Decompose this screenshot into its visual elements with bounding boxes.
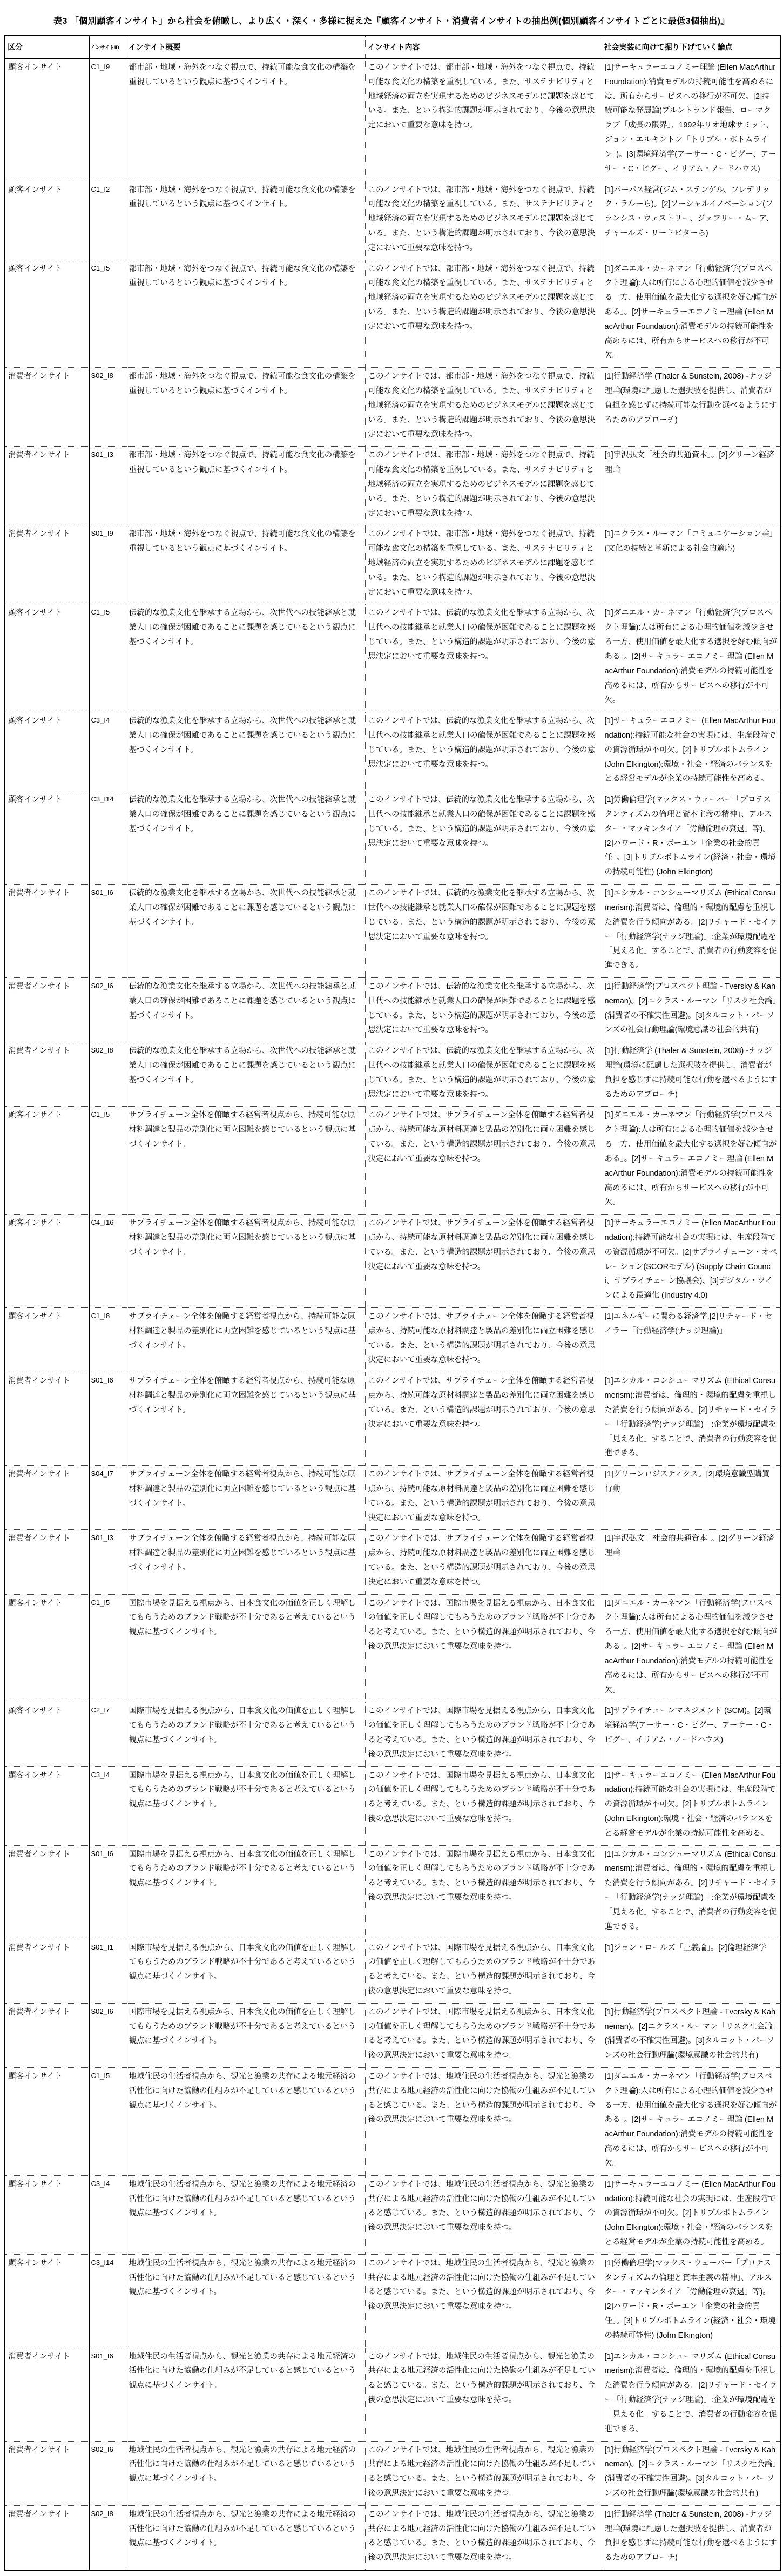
cell-points: [1]行動経済学(プロスペクト理論 - Tversky & Kahneman)。… [602,2441,780,2505]
cell-content: このインサイトでは、都市部・地域・海外をつなぐ視点で、持続可能な食文化の構築を重… [365,58,602,181]
cell-category: 消費者インサイト [5,368,89,447]
cell-points: [1]サーキュラーエコノミー理論 (Ellen MacArthur Founda… [602,58,780,181]
cell-content: このインサイトでは、サプライチェーン全体を俯瞰する経営者視点から、持続可能な原材… [365,1215,602,1308]
cell-summary: 伝統的な漁業文化を継承する立場から、次世代への技能継承と就業人口の確保が困難であ… [126,604,365,712]
cell-points: [1]エシカル・コンシューマリズム (Ethical Consumerism):… [602,2348,780,2441]
cell-category: 顧客インサイト [5,2068,89,2176]
cell-content: このインサイトでは、伝統的な漁業文化を継承する立場から、次世代への技能継承と就業… [365,712,602,791]
cell-points: [1]ジョン・ロールズ「正義論」。[2]倫理経済学 [602,1939,780,2003]
table-row: 顧客インサイトC2_I7国際市場を見据える視点から、日本食文化の価値を正しく理解… [5,1702,780,1766]
cell-insight-id: C3_I4 [89,1766,126,1845]
cell-summary: 国際市場を見据える視点から、日本食文化の価値を正しく理解してもらうためのブランド… [126,1939,365,2003]
cell-category: 顧客インサイト [5,1107,89,1215]
cell-points: [1]行動経済学 (Thaler & Sunstein, 2008) ‐ナッジ理… [602,2505,780,2570]
table-row: 顧客インサイトC3_I4伝統的な漁業文化を継承する立場から、次世代への技能継承と… [5,712,780,791]
table-row: 顧客インサイトC1_I2都市部・地域・海外をつなぐ視点で、持続可能な食文化の構築… [5,181,780,260]
cell-points: [1]エシカル・コンシューマリズム (Ethical Consumerism):… [602,885,780,978]
cell-summary: 地域住民の生活者視点から、観光と漁業の共存による地元経済の活性化に向けた協働の仕… [126,2441,365,2505]
cell-summary: 伝統的な漁業文化を継承する立場から、次世代への技能継承と就業人口の確保が困難であ… [126,791,365,885]
header-row: 区分 インサイトID インサイト概要 インサイト内容 社会実装に向けて掘り下げて… [5,36,780,58]
cell-category: 顧客インサイト [5,604,89,712]
table-row: 顧客インサイトC1_I5国際市場を見据える視点から、日本食文化の価値を正しく理解… [5,1594,780,1702]
cell-insight-id: S01_I1 [89,1939,126,2003]
cell-category: 消費者インサイト [5,525,89,604]
cell-points: [1]行動経済学 (Thaler & Sunstein, 2008) ‐ナッジ理… [602,1042,780,1107]
cell-insight-id: S02_I6 [89,2003,126,2067]
cell-category: 消費者インサイト [5,1372,89,1466]
cell-points: [1]ニクラス・ルーマン「コミュニケーション論」(文化の持続と革新による社会的適… [602,525,780,604]
cell-category: 顧客インサイト [5,791,89,885]
cell-content: このインサイトでは、国際市場を見据える視点から、日本食文化の価値を正しく理解して… [365,2003,602,2067]
cell-category: 消費者インサイト [5,1530,89,1594]
table-row: 顧客インサイトC4_I16サプライチェーン全体を俯瞰する経営者視点から、持続可能… [5,1215,780,1308]
table-row: 消費者インサイトS01_I1国際市場を見据える視点から、日本食文化の価値を正しく… [5,1939,780,2003]
cell-category: 消費者インサイト [5,447,89,525]
cell-content: このインサイトでは、サプライチェーン全体を俯瞰する経営者視点から、持続可能な原材… [365,1107,602,1215]
cell-points: [1]エネルギーに関わる経済学,[2]リチャード・セイラー「行動経済学(ナッジ理… [602,1308,780,1372]
cell-category: 顧客インサイト [5,712,89,791]
cell-content: このインサイトでは、地域住民の生活者視点から、観光と漁業の共存による地元経済の活… [365,2441,602,2505]
table-row: 消費者インサイトS01_I6伝統的な漁業文化を継承する立場から、次世代への技能継… [5,885,780,978]
cell-insight-id: S02_I6 [89,977,126,1042]
cell-category: 顧客インサイト [5,1702,89,1766]
cell-points: [1]パーパス経営(ジム・ステンゲル、フレデリック・ラルーら)。[2]ソーシャル… [602,181,780,260]
cell-insight-id: C4_I16 [89,1215,126,1308]
column-header-summary: インサイト概要 [126,36,365,58]
table-row: 顧客インサイトC3_I4国際市場を見据える視点から、日本食文化の価値を正しく理解… [5,1766,780,1845]
table-row: 消費者インサイトS02_I6地域住民の生活者視点から、観光と漁業の共存による地元… [5,2441,780,2505]
cell-category: 消費者インサイト [5,885,89,978]
cell-points: [1]サプライチェーンマネジメント (SCM)。[2]環境経済学(アーサー・C・… [602,1702,780,1766]
cell-summary: サプライチェーン全体を俯瞰する経営者視点から、持続可能な原材料調達と製品の差別化… [126,1372,365,1466]
cell-content: このインサイトでは、地域住民の生活者視点から、観光と漁業の共存による地元経済の活… [365,2068,602,2176]
column-header-points: 社会実装に向けて掘り下げていく論点 [602,36,780,58]
cell-summary: サプライチェーン全体を俯瞰する経営者視点から、持続可能な原材料調達と製品の差別化… [126,1530,365,1594]
cell-category: 顧客インサイト [5,2175,89,2254]
cell-insight-id: S01_I9 [89,525,126,604]
cell-content: このインサイトでは、都市部・地域・海外をつなぐ視点で、持続可能な食文化の構築を重… [365,447,602,525]
cell-summary: サプライチェーン全体を俯瞰する経営者視点から、持続可能な原材料調達と製品の差別化… [126,1466,365,1530]
cell-insight-id: C3_I4 [89,2175,126,2254]
cell-points: [1]サーキュラーエコノミー (Ellen MacArthur Foundati… [602,712,780,791]
cell-insight-id: C1_I5 [89,604,126,712]
insight-table: 区分 インサイトID インサイト概要 インサイト内容 社会実装に向けて掘り下げて… [4,35,781,2571]
cell-category: 顧客インサイト [5,1308,89,1372]
column-header-category: 区分 [5,36,89,58]
table-row: 顧客インサイトC1_I8サプライチェーン全体を俯瞰する経営者視点から、持続可能な… [5,1308,780,1372]
cell-insight-id: S04_I7 [89,1466,126,1530]
cell-content: このインサイトでは、国際市場を見据える視点から、日本食文化の価値を正しく理解して… [365,1845,602,1939]
table-row: 顧客インサイトC3_I4地域住民の生活者視点から、観光と漁業の共存による地元経済… [5,2175,780,2254]
cell-points: [1]サーキュラーエコノミー (Ellen MacArthur Foundati… [602,1766,780,1845]
cell-points: [1]グリーンロジスティクス。[2]環境意識型購買行動 [602,1466,780,1530]
cell-category: 消費者インサイト [5,2348,89,2441]
cell-insight-id: C1_I8 [89,1308,126,1372]
cell-content: このインサイトでは、国際市場を見据える視点から、日本食文化の価値を正しく理解して… [365,1766,602,1845]
cell-insight-id: C3_I14 [89,2254,126,2348]
cell-summary: サプライチェーン全体を俯瞰する経営者視点から、持続可能な原材料調達と製品の差別化… [126,1107,365,1215]
cell-insight-id: C1_I5 [89,1594,126,1702]
cell-content: このインサイトでは、伝統的な漁業文化を継承する立場から、次世代への技能継承と就業… [365,885,602,978]
cell-summary: 都市部・地域・海外をつなぐ視点で、持続可能な食文化の構築を重視しているという観点… [126,368,365,447]
table-row: 消費者インサイトS01_I3サプライチェーン全体を俯瞰する経営者視点から、持続可… [5,1530,780,1594]
table-row: 消費者インサイトS01_I9都市部・地域・海外をつなぐ視点で、持続可能な食文化の… [5,525,780,604]
cell-category: 顧客インサイト [5,1766,89,1845]
table-row: 消費者インサイトS02_I8地域住民の生活者視点から、観光と漁業の共存による地元… [5,2505,780,2570]
cell-summary: 国際市場を見据える視点から、日本食文化の価値を正しく理解してもらうためのブランド… [126,1702,365,1766]
cell-summary: 伝統的な漁業文化を継承する立場から、次世代への技能継承と就業人口の確保が困難であ… [126,885,365,978]
table-row: 消費者インサイトS01_I6地域住民の生活者視点から、観光と漁業の共存による地元… [5,2348,780,2441]
cell-insight-id: S01_I3 [89,1530,126,1594]
cell-summary: 伝統的な漁業文化を継承する立場から、次世代への技能継承と就業人口の確保が困難であ… [126,977,365,1042]
cell-content: このインサイトでは、伝統的な漁業文化を継承する立場から、次世代への技能継承と就業… [365,791,602,885]
table-row: 顧客インサイトC3_I14伝統的な漁業文化を継承する立場から、次世代への技能継承… [5,791,780,885]
cell-content: このインサイトでは、地域住民の生活者視点から、観光と漁業の共存による地元経済の活… [365,2254,602,2348]
table-row: 消費者インサイトS02_I8伝統的な漁業文化を継承する立場から、次世代への技能継… [5,1042,780,1107]
cell-content: このインサイトでは、サプライチェーン全体を俯瞰する経営者視点から、持続可能な原材… [365,1466,602,1530]
cell-insight-id: S01_I6 [89,2348,126,2441]
cell-category: 消費者インサイト [5,1845,89,1939]
cell-content: このインサイトでは、サプライチェーン全体を俯瞰する経営者視点から、持続可能な原材… [365,1372,602,1466]
cell-category: 消費者インサイト [5,1939,89,2003]
cell-category: 消費者インサイト [5,977,89,1042]
cell-points: [1]労働倫理学(マックス・ウェーバー「プロテスタンティズムの倫理と資本主義の精… [602,2254,780,2348]
cell-points: [1]ダニエル・カーネマン「行動経済学(プロスペクト理論):人は所有による心理的… [602,1594,780,1702]
column-header-content: インサイト内容 [365,36,602,58]
cell-insight-id: S01_I6 [89,1845,126,1939]
cell-summary: 都市部・地域・海外をつなぐ視点で、持続可能な食文化の構築を重視しているという観点… [126,447,365,525]
cell-points: [1]ダニエル・カーネマン「行動経済学(プロスペクト理論):人は所有による心理的… [602,1107,780,1215]
cell-category: 顧客インサイト [5,58,89,181]
cell-content: このインサイトでは、伝統的な漁業文化を継承する立場から、次世代への技能継承と就業… [365,1042,602,1107]
cell-category: 顧客インサイト [5,1594,89,1702]
page-title: 表3 「個別顧客インサイト」から社会を俯瞰し、より広く・深く・多様に捉えた『顧客… [0,0,783,35]
cell-content: このインサイトでは、地域住民の生活者視点から、観光と漁業の共存による地元経済の活… [365,2175,602,2254]
cell-category: 顧客インサイト [5,260,89,368]
table-row: 顧客インサイトC1_I5地域住民の生活者視点から、観光と漁業の共存による地元経済… [5,2068,780,2176]
cell-summary: 都市部・地域・海外をつなぐ視点で、持続可能な食文化の構築を重視しているという観点… [126,525,365,604]
cell-content: このインサイトでは、国際市場を見据える視点から、日本食文化の価値を正しく理解して… [365,1594,602,1702]
cell-points: [1]ダニエル・カーネマン「行動経済学(プロスペクト理論):人は所有による心理的… [602,604,780,712]
cell-insight-id: C1_I5 [89,2068,126,2176]
table-row: 消費者インサイトS01_I6サプライチェーン全体を俯瞰する経営者視点から、持続可… [5,1372,780,1466]
cell-category: 消費者インサイト [5,2505,89,2570]
cell-points: [1]行動経済学(プロスペクト理論 - Tversky & Kahneman)。… [602,2003,780,2067]
cell-content: このインサイトでは、都市部・地域・海外をつなぐ視点で、持続可能な食文化の構築を重… [365,368,602,447]
table-row: 消費者インサイトS01_I3都市部・地域・海外をつなぐ視点で、持続可能な食文化の… [5,447,780,525]
cell-summary: 地域住民の生活者視点から、観光と漁業の共存による地元経済の活性化に向けた協働の仕… [126,2068,365,2176]
cell-summary: 都市部・地域・海外をつなぐ視点で、持続可能な食文化の構築を重視しているという観点… [126,181,365,260]
cell-summary: 国際市場を見据える視点から、日本食文化の価値を正しく理解してもらうためのブランド… [126,1845,365,1939]
cell-summary: サプライチェーン全体を俯瞰する経営者視点から、持続可能な原材料調達と製品の差別化… [126,1308,365,1372]
cell-category: 消費者インサイト [5,1042,89,1107]
cell-category: 消費者インサイト [5,2441,89,2505]
table-row: 消費者インサイトS01_I6国際市場を見据える視点から、日本食文化の価値を正しく… [5,1845,780,1939]
cell-insight-id: S02_I8 [89,368,126,447]
cell-summary: 地域住民の生活者視点から、観光と漁業の共存による地元経済の活性化に向けた協働の仕… [126,2254,365,2348]
cell-category: 顧客インサイト [5,2254,89,2348]
cell-points: [1]エシカル・コンシューマリズム (Ethical Consumerism):… [602,1372,780,1466]
cell-summary: 地域住民の生活者視点から、観光と漁業の共存による地元経済の活性化に向けた協働の仕… [126,2505,365,2570]
cell-summary: 地域住民の生活者視点から、観光と漁業の共存による地元経済の活性化に向けた協働の仕… [126,2175,365,2254]
table-row: 消費者インサイトS04_I7サプライチェーン全体を俯瞰する経営者視点から、持続可… [5,1466,780,1530]
cell-content: このインサイトでは、国際市場を見据える視点から、日本食文化の価値を正しく理解して… [365,1702,602,1766]
cell-summary: 都市部・地域・海外をつなぐ視点で、持続可能な食文化の構築を重視しているという観点… [126,260,365,368]
cell-points: [1]エシカル・コンシューマリズム (Ethical Consumerism):… [602,1845,780,1939]
cell-category: 顧客インサイト [5,1215,89,1308]
cell-content: このインサイトでは、地域住民の生活者視点から、観光と漁業の共存による地元経済の活… [365,2505,602,2570]
cell-points: [1]サーキュラーエコノミー (Ellen MacArthur Foundati… [602,2175,780,2254]
cell-insight-id: C3_I4 [89,712,126,791]
cell-insight-id: S02_I6 [89,2441,126,2505]
cell-insight-id: C3_I14 [89,791,126,885]
cell-insight-id: S02_I8 [89,2505,126,2570]
cell-summary: 都市部・地域・海外をつなぐ視点で、持続可能な食文化の構築を重視しているという観点… [126,58,365,181]
cell-points: [1]労働倫理学(マックス・ウェーバー「プロテスタンティズムの倫理と資本主義の精… [602,791,780,885]
cell-content: このインサイトでは、都市部・地域・海外をつなぐ視点で、持続可能な食文化の構築を重… [365,525,602,604]
cell-content: このインサイトでは、伝統的な漁業文化を継承する立場から、次世代への技能継承と就業… [365,604,602,712]
table-row: 顧客インサイトC1_I5都市部・地域・海外をつなぐ視点で、持続可能な食文化の構築… [5,260,780,368]
cell-points: [1]行動経済学(プロスペクト理論 - Tversky & Kahneman)。… [602,977,780,1042]
cell-points: [1]ダニエル・カーネマン「行動経済学(プロスペクト理論):人は所有による心理的… [602,260,780,368]
cell-insight-id: S01_I6 [89,885,126,978]
cell-insight-id: S02_I8 [89,1042,126,1107]
cell-category: 顧客インサイト [5,181,89,260]
cell-points: [1]宇沢弘文「社会的共通資本」。[2]グリーン経済理論 [602,1530,780,1594]
cell-content: このインサイトでは、伝統的な漁業文化を継承する立場から、次世代への技能継承と就業… [365,977,602,1042]
cell-points: [1]行動経済学 (Thaler & Sunstein, 2008) ‐ナッジ理… [602,368,780,447]
cell-content: このインサイトでは、国際市場を見据える視点から、日本食文化の価値を正しく理解して… [365,1939,602,2003]
cell-summary: サプライチェーン全体を俯瞰する経営者視点から、持続可能な原材料調達と製品の差別化… [126,1215,365,1308]
table-row: 消費者インサイトS02_I6国際市場を見据える視点から、日本食文化の価値を正しく… [5,2003,780,2067]
cell-insight-id: C1_I9 [89,58,126,181]
cell-content: このインサイトでは、都市部・地域・海外をつなぐ視点で、持続可能な食文化の構築を重… [365,181,602,260]
table-row: 顧客インサイトC1_I5サプライチェーン全体を俯瞰する経営者視点から、持続可能な… [5,1107,780,1215]
cell-insight-id: S01_I6 [89,1372,126,1466]
cell-insight-id: C1_I5 [89,260,126,368]
cell-summary: 地域住民の生活者視点から、観光と漁業の共存による地元経済の活性化に向けた協働の仕… [126,2348,365,2441]
cell-points: [1]ダニエル・カーネマン「行動経済学(プロスペクト理論):人は所有による心理的… [602,2068,780,2176]
cell-category: 消費者インサイト [5,2003,89,2067]
cell-summary: 国際市場を見据える視点から、日本食文化の価値を正しく理解してもらうためのブランド… [126,2003,365,2067]
table-row: 消費者インサイトS02_I6伝統的な漁業文化を継承する立場から、次世代への技能継… [5,977,780,1042]
column-header-insight-id: インサイトID [89,36,126,58]
cell-content: このインサイトでは、サプライチェーン全体を俯瞰する経営者視点から、持続可能な原材… [365,1308,602,1372]
table-row: 顧客インサイトC3_I14地域住民の生活者視点から、観光と漁業の共存による地元経… [5,2254,780,2348]
cell-insight-id: C1_I5 [89,1107,126,1215]
cell-summary: 国際市場を見据える視点から、日本食文化の価値を正しく理解してもらうためのブランド… [126,1594,365,1702]
table-row: 消費者インサイトS02_I8都市部・地域・海外をつなぐ視点で、持続可能な食文化の… [5,368,780,447]
cell-insight-id: C2_I7 [89,1702,126,1766]
cell-summary: 伝統的な漁業文化を継承する立場から、次世代への技能継承と就業人口の確保が困難であ… [126,1042,365,1107]
cell-summary: 国際市場を見据える視点から、日本食文化の価値を正しく理解してもらうためのブランド… [126,1766,365,1845]
cell-category: 消費者インサイト [5,1466,89,1530]
table-body: 顧客インサイトC1_I9都市部・地域・海外をつなぐ視点で、持続可能な食文化の構築… [5,58,780,2570]
cell-points: [1]宇沢弘文「社会的共通資本」。[2]グリーン経済理論 [602,447,780,525]
table-row: 顧客インサイトC1_I5伝統的な漁業文化を継承する立場から、次世代への技能継承と… [5,604,780,712]
cell-content: このインサイトでは、サプライチェーン全体を俯瞰する経営者視点から、持続可能な原材… [365,1530,602,1594]
cell-insight-id: C1_I2 [89,181,126,260]
cell-insight-id: S01_I3 [89,447,126,525]
cell-points: [1]サーキュラーエコノミー (Ellen MacArthur Foundati… [602,1215,780,1308]
cell-summary: 伝統的な漁業文化を継承する立場から、次世代への技能継承と就業人口の確保が困難であ… [126,712,365,791]
cell-content: このインサイトでは、都市部・地域・海外をつなぐ視点で、持続可能な食文化の構築を重… [365,260,602,368]
table-row: 顧客インサイトC1_I9都市部・地域・海外をつなぐ視点で、持続可能な食文化の構築… [5,58,780,181]
cell-content: このインサイトでは、地域住民の生活者視点から、観光と漁業の共存による地元経済の活… [365,2348,602,2441]
